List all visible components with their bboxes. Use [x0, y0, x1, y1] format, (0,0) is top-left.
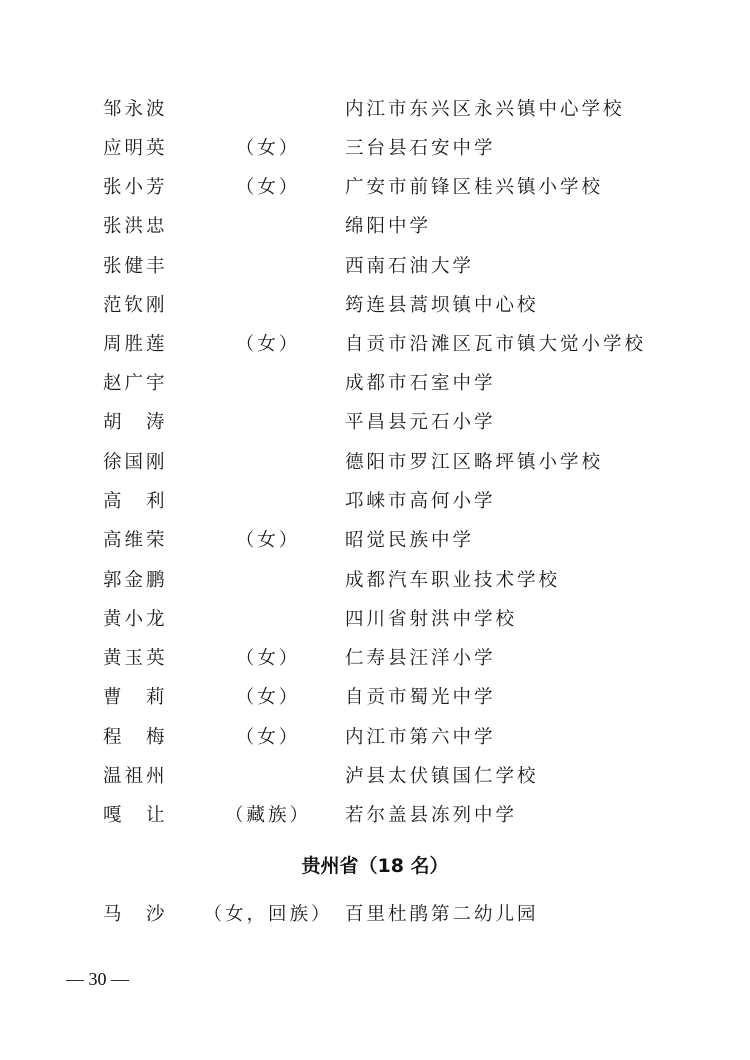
institution: 四川省射洪中学校 [345, 605, 517, 635]
institution: 泸县太伏镇国仁学校 [345, 762, 539, 792]
list-item: 赵广宇 成都市石室中学 [0, 369, 750, 399]
institution: 若尔盖县冻列中学 [345, 801, 517, 831]
person-note: （女） [200, 644, 336, 674]
list-item: 张洪忠 绵阳中学 [0, 212, 750, 242]
list-item: 胡 涛 平昌县元石小学 [0, 408, 750, 438]
person-name: 徐国刚 [103, 448, 223, 478]
list-item: 高维荣 （女） 昭觉民族中学 [0, 526, 750, 556]
list-item: 黄玉英 （女） 仁寿县汪洋小学 [0, 644, 750, 674]
person-note: （女） [200, 683, 336, 713]
list-item: 周胜莲 （女） 自贡市沿滩区瓦市镇大觉小学校 [0, 330, 750, 360]
list-item: 高 利 邛崃市高何小学 [0, 487, 750, 517]
person-note: （女） [200, 173, 336, 203]
person-name: 胡 涛 [103, 408, 223, 438]
list-item: 邹永波 内江市东兴区永兴镇中心学校 [0, 95, 750, 125]
institution: 内江市东兴区永兴镇中心学校 [345, 95, 625, 125]
list-item: 徐国刚 德阳市罗江区略坪镇小学校 [0, 448, 750, 478]
list-item: 张小芳 （女） 广安市前锋区桂兴镇小学校 [0, 173, 750, 203]
list-item: 马 沙 （女，回族） 百里杜鹃第二幼儿园 [0, 900, 750, 930]
institution: 邛崃市高何小学 [345, 487, 496, 517]
person-name: 范钦刚 [103, 291, 223, 321]
person-note: （女） [200, 330, 336, 360]
institution: 筠连县蒿坝镇中心校 [345, 291, 539, 321]
list-item: 嘎 让 （藏族） 若尔盖县冻列中学 [0, 801, 750, 831]
list-item: 黄小龙 四川省射洪中学校 [0, 605, 750, 635]
institution: 内江市第六中学 [345, 723, 496, 753]
person-name: 黄小龙 [103, 605, 223, 635]
institution: 绵阳中学 [345, 212, 431, 242]
institution: 百里杜鹃第二幼儿园 [345, 900, 539, 930]
list-item: 应明英 （女） 三台县石安中学 [0, 134, 750, 164]
page-number: — 30 — [66, 966, 129, 992]
person-name: 张健丰 [103, 252, 223, 282]
person-note: （女） [200, 723, 336, 753]
section-heading: 贵州省（18 名） [0, 851, 750, 881]
institution: 德阳市罗江区略坪镇小学校 [345, 448, 603, 478]
list-item: 曹 莉 （女） 自贡市蜀光中学 [0, 683, 750, 713]
institution: 自贡市沿滩区瓦市镇大觉小学校 [345, 330, 646, 360]
institution: 西南石油大学 [345, 252, 474, 282]
person-name: 张洪忠 [103, 212, 223, 242]
institution: 仁寿县汪洋小学 [345, 644, 496, 674]
institution: 昭觉民族中学 [345, 526, 474, 556]
institution: 平昌县元石小学 [345, 408, 496, 438]
person-note: （女，回族） [200, 900, 336, 930]
person-name: 邹永波 [103, 95, 223, 125]
list-item: 程 梅 （女） 内江市第六中学 [0, 723, 750, 753]
list-item: 郭金鹏 成都汽车职业技术学校 [0, 566, 750, 596]
person-name: 赵广宇 [103, 369, 223, 399]
list-item: 温祖州 泸县太伏镇国仁学校 [0, 762, 750, 792]
institution: 广安市前锋区桂兴镇小学校 [345, 173, 603, 203]
list-item: 范钦刚 筠连县蒿坝镇中心校 [0, 291, 750, 321]
institution: 成都市石室中学 [345, 369, 496, 399]
institution: 成都汽车职业技术学校 [345, 566, 560, 596]
person-name: 温祖州 [103, 762, 223, 792]
person-note: （女） [200, 134, 336, 164]
person-note: （女） [200, 526, 336, 556]
institution: 自贡市蜀光中学 [345, 683, 496, 713]
list-item: 张健丰 西南石油大学 [0, 252, 750, 282]
institution: 三台县石安中学 [345, 134, 496, 164]
person-name: 高 利 [103, 487, 223, 517]
person-note: （藏族） [200, 801, 336, 831]
person-name: 郭金鹏 [103, 566, 223, 596]
